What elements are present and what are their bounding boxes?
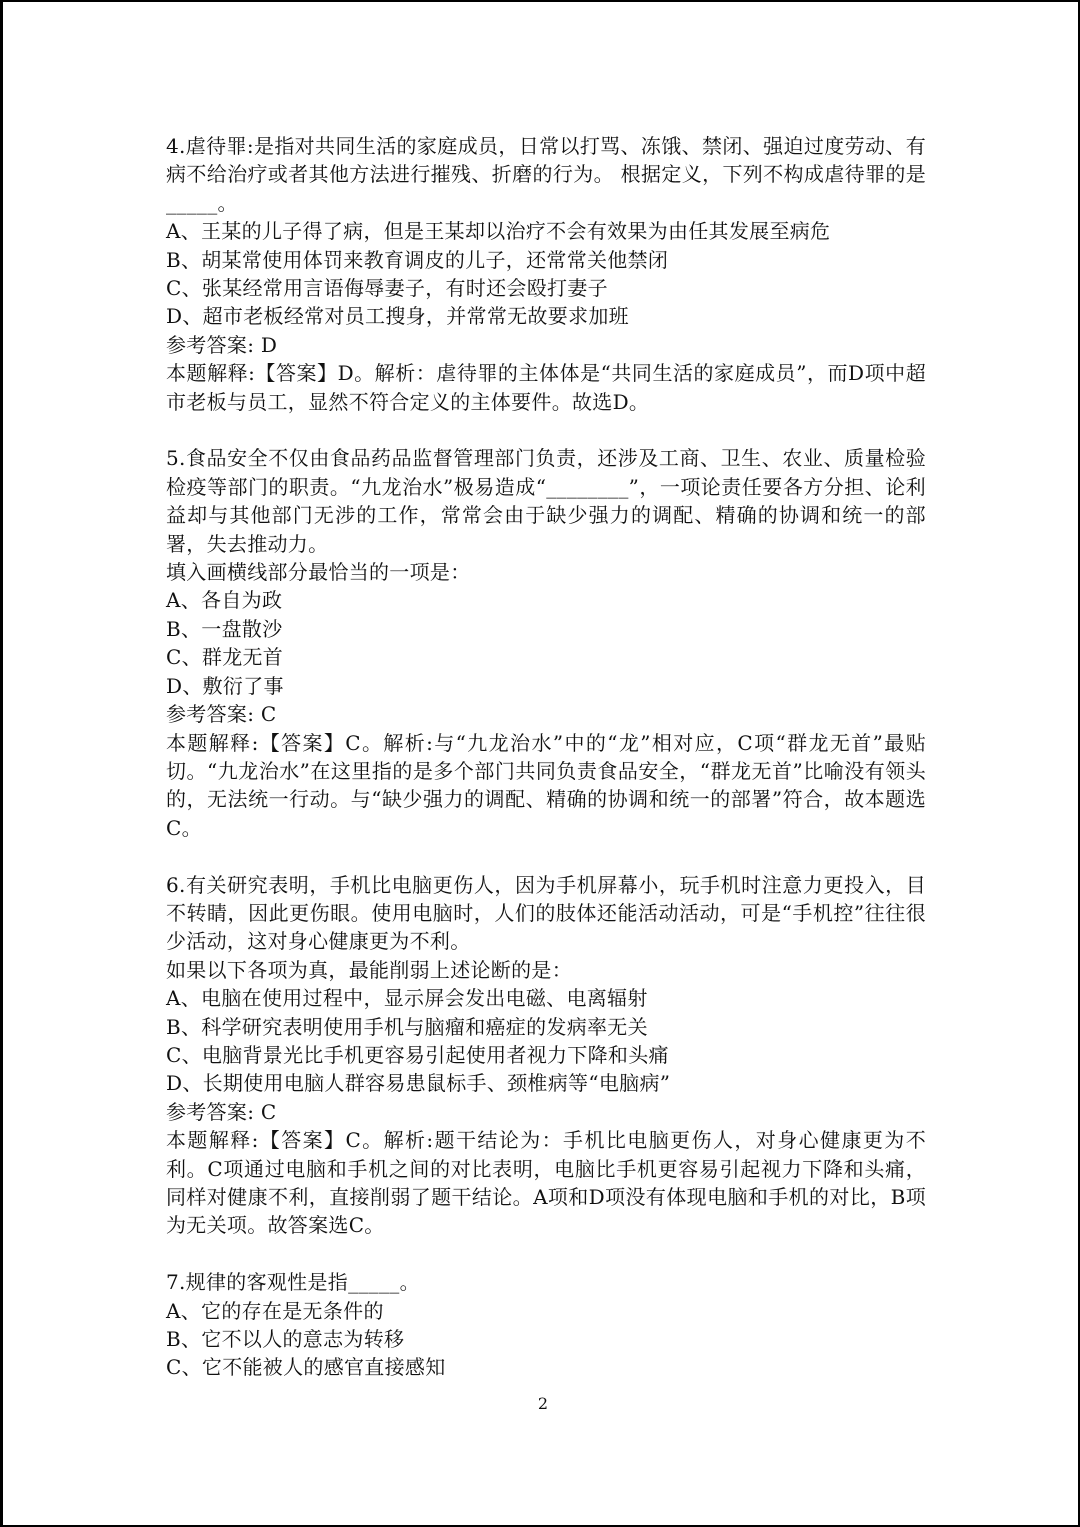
reference-answer: 参考答案: C <box>166 700 926 728</box>
question-prompt: 填入画横线部分最恰当的一项是： <box>166 558 926 586</box>
question-stem: 5.食品安全不仅由食品药品监督管理部门负责，还涉及工商、卫生、农业、质量检验检疫… <box>166 444 926 558</box>
question-stem: 6.有关研究表明，手机比电脑更伤人，因为手机屏幕小，玩手机时注意力更投入，目不转… <box>166 871 926 956</box>
option-a: A、各自为政 <box>166 586 926 614</box>
option-c: C、张某经常用言语侮辱妻子，有时还会殴打妻子 <box>166 274 926 302</box>
option-a: A、王某的儿子得了病，但是王某却以治疗不会有效果为由任其发展至病危 <box>166 217 926 245</box>
option-b: B、科学研究表明使用手机与脑瘤和癌症的发病率无关 <box>166 1013 926 1041</box>
reference-answer: 参考答案: C <box>166 1098 926 1126</box>
document-page: 4.虐待罪:是指对共同生活的家庭成员，日常以打骂、冻饿、禁闭、强迫过度劳动、有病… <box>0 0 1080 1527</box>
question-stem: 7.规律的客观性是指_____。 <box>166 1268 926 1296</box>
option-d: D、敷衍了事 <box>166 672 926 700</box>
page-number: 2 <box>3 1394 1080 1413</box>
question-prompt: 如果以下各项为真，最能削弱上述论断的是： <box>166 956 926 984</box>
option-c: C、它不能被人的感官直接感知 <box>166 1353 926 1381</box>
option-a: A、电脑在使用过程中，显示屏会发出电磁、电离辐射 <box>166 984 926 1012</box>
option-c: C、群龙无首 <box>166 643 926 671</box>
question-4: 4.虐待罪:是指对共同生活的家庭成员，日常以打骂、冻饿、禁闭、强迫过度劳动、有病… <box>166 132 926 416</box>
option-b: B、一盘散沙 <box>166 615 926 643</box>
answer-explanation: 本题解释:【答案】C。解析:与“九龙治水”中的“龙”相对应，C项“群龙无首”最贴… <box>166 729 926 843</box>
question-stem: 4.虐待罪:是指对共同生活的家庭成员，日常以打骂、冻饿、禁闭、强迫过度劳动、有病… <box>166 132 926 217</box>
question-5: 5.食品安全不仅由食品药品监督管理部门负责，还涉及工商、卫生、农业、质量检验检疫… <box>166 444 926 842</box>
question-6: 6.有关研究表明，手机比电脑更伤人，因为手机屏幕小，玩手机时注意力更投入，目不转… <box>166 871 926 1240</box>
option-d: D、长期使用电脑人群容易患鼠标手、颈椎病等“电脑病” <box>166 1069 926 1097</box>
question-7: 7.规律的客观性是指_____。 A、它的存在是无条件的 B、它不以人的意志为转… <box>166 1268 926 1382</box>
answer-explanation: 本题解释:【答案】C。解析:题干结论为：手机比电脑更伤人，对身心健康更为不利。C… <box>166 1126 926 1240</box>
option-a: A、它的存在是无条件的 <box>166 1297 926 1325</box>
option-c: C、电脑背景光比手机更容易引起使用者视力下降和头痛 <box>166 1041 926 1069</box>
reference-answer: 参考答案: D <box>166 331 926 359</box>
option-b: B、它不以人的意志为转移 <box>166 1325 926 1353</box>
option-b: B、胡某常使用体罚来教育调皮的儿子，还常常关他禁闭 <box>166 246 926 274</box>
page-content: 4.虐待罪:是指对共同生活的家庭成员，日常以打骂、冻饿、禁闭、强迫过度劳动、有病… <box>166 132 926 1410</box>
option-d: D、超市老板经常对员工搜身，并常常无故要求加班 <box>166 302 926 330</box>
answer-explanation: 本题解释:【答案】D。解析：虐待罪的主体体是“共同生活的家庭成员”，而D项中超市… <box>166 359 926 416</box>
